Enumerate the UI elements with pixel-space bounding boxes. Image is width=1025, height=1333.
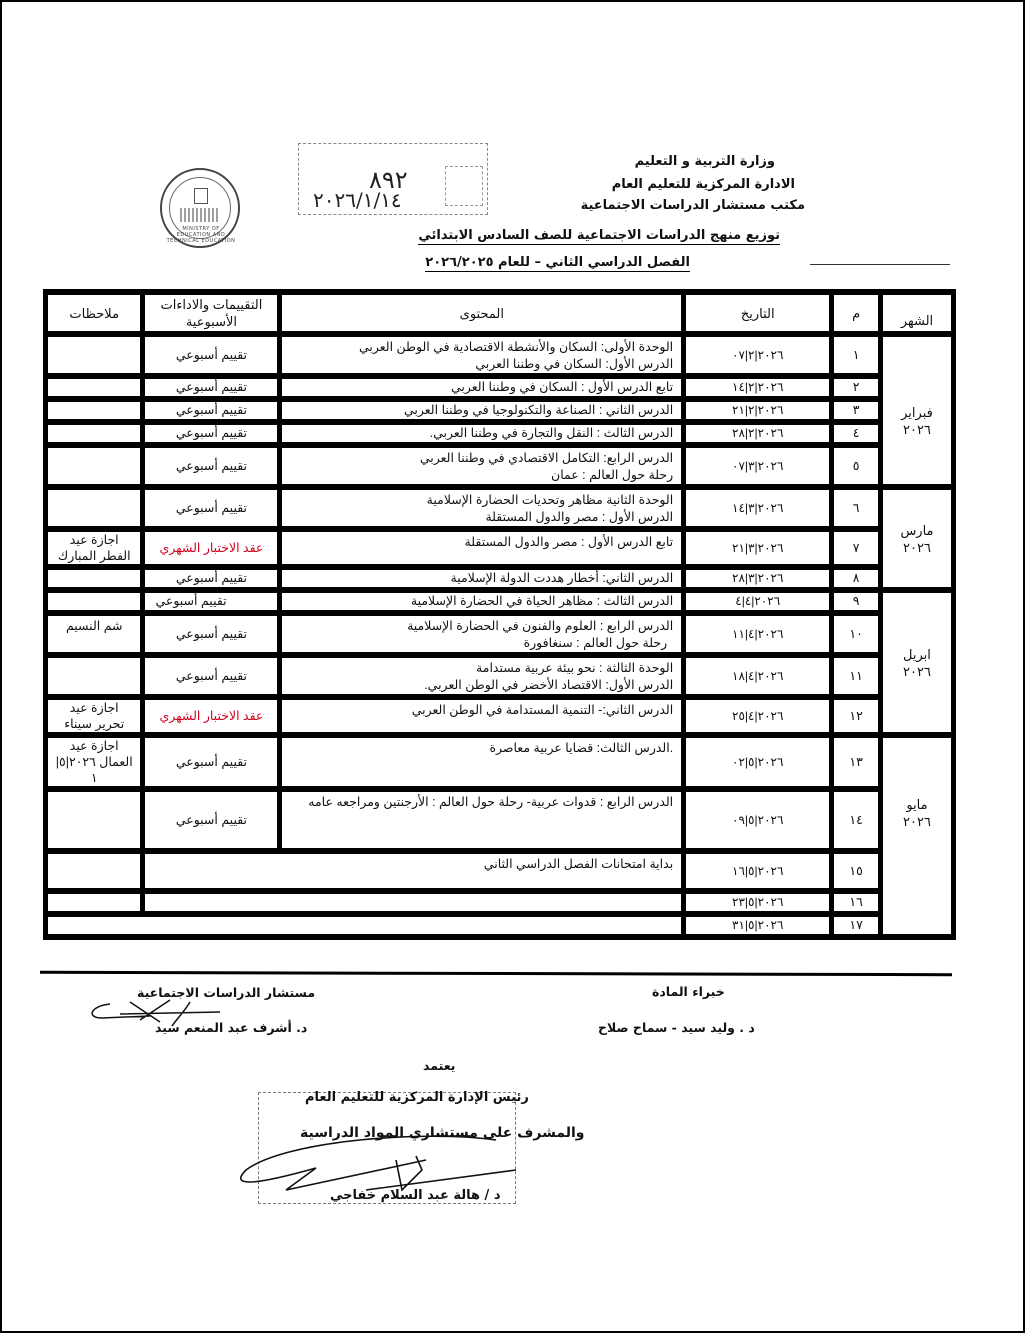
row-date: ٢٠٢٦|٢|٢١: [684, 399, 832, 422]
row-content: .الدرس الثالث: قضايا عربية معاصرة: [280, 735, 684, 789]
ministry-name: وزارة التربية و التعليم: [635, 154, 775, 169]
row-notes: [46, 445, 143, 487]
ministry-seal-logo: MINISTRY OF EDUCATION AND TECHNICAL EDUC…: [160, 168, 240, 248]
received-stamp: ​ ٨٩٢ ٢٠٢٦/١/١٤: [298, 143, 488, 215]
row-num: ١٣: [832, 735, 881, 789]
header-notes: ملاحظات: [46, 292, 143, 334]
row-num: ١٢: [832, 697, 881, 735]
row-date: ٢٠٢٦|٥|٠٢: [684, 735, 832, 789]
row-num: ١٤: [832, 789, 881, 851]
month-label: مايو: [889, 796, 945, 813]
row-notes: اجازة عيد تحرير سيناء: [46, 697, 143, 735]
row-num: ٨: [832, 567, 881, 590]
row-content: الدرس الثاني : الصناعة والتكنولوجيا في و…: [280, 399, 684, 422]
row-notes: اجازة عيد العمال ٢٠٢٦|٥|١: [46, 735, 143, 789]
content-line: رحلة حول العالم : عمان: [288, 467, 673, 484]
row-assessment: تقييم أسبوعي: [143, 487, 280, 529]
row-num: ١٦: [832, 891, 881, 914]
document-subtitle: الفصل الدراسي الثاني – للعام ٢٠٢٦/٢٠٢٥: [425, 255, 690, 272]
table-row: ٤ ٢٠٢٦|٢|٢٨ الدرس الثالث : النقل والتجار…: [46, 422, 954, 445]
row-assessment-monthly-exam: عقد الاختبار الشهري: [143, 529, 280, 567]
row-content: [143, 891, 684, 914]
seal-ring-text: MINISTRY OF EDUCATION AND TECHNICAL EDUC…: [166, 226, 236, 244]
row-date: ٢٠٢٦|٥|٠٩: [684, 789, 832, 851]
row-assessment: تقييم أسبوعي: [143, 613, 280, 655]
row-num: ٦: [832, 487, 881, 529]
row-content: الدرس الثاني: أخطار هددت الدولة الإسلامي…: [280, 567, 684, 590]
table-row: ٢ ٢٠٢٦|٢|١٤ تابع الدرس الأول : السكان في…: [46, 376, 954, 399]
row-assessment: تقييم أسبوعي: [143, 590, 280, 613]
row-num: ٢: [832, 376, 881, 399]
row-date: ٢٠٢٦|٣|٢٨: [684, 567, 832, 590]
content-line: الوحدة الثالثة : نحو بيئة عربية مستدامة: [288, 660, 673, 677]
content-line: الدرس الرابع: التكامل الاقتصادي في وطننا…: [288, 450, 673, 467]
row-content: الدرس الثالث : النقل والتجارة في وطننا ا…: [280, 422, 684, 445]
approver-name: د / هالة عبد السلام خفاجي: [330, 1188, 501, 1203]
row-content: الدرس الثاني:- التنمية المستدامة في الوط…: [280, 697, 684, 735]
row-date: ٢٠٢٦|٢|٢٨: [684, 422, 832, 445]
table-row: فبراير ٢٠٢٦ ١ ٢٠٢٦|٢|٠٧ الوحدة الأولى: ا…: [46, 334, 954, 376]
row-assessment: تقييم أسبوعي: [143, 445, 280, 487]
row-num: ٩: [832, 590, 881, 613]
row-date: ٢٠٢٦|٢|٠٧: [684, 334, 832, 376]
table-row: ١٥ ٢٠٢٦|٥|١٦ بداية امتحانات الفصل الدراس…: [46, 851, 954, 891]
header-assessment: التقييمات والاداءات الأسبوعية: [143, 292, 280, 334]
row-content: بداية امتحانات الفصل الدراسي الثاني: [143, 851, 684, 891]
row-assessment: تقييم أسبوعي: [143, 399, 280, 422]
row-notes: [46, 891, 143, 914]
row-num: ١٥: [832, 851, 881, 891]
table-row: ١٦ ٢٠٢٦|٥|٢٣: [46, 891, 954, 914]
table-row: ٨ ٢٠٢٦|٣|٢٨ الدرس الثاني: أخطار هددت الد…: [46, 567, 954, 590]
decorative-rule: [810, 264, 950, 265]
directorate-name: الادارة المركزية للتعليم العام: [612, 177, 795, 192]
row-content: الوحدة الثانية مظاهر وتحديات الحضارة الإ…: [280, 487, 684, 529]
header-date: التاريخ: [684, 292, 832, 334]
row-notes: [46, 334, 143, 376]
row-date: ٢٠٢٦|٣|٠٧: [684, 445, 832, 487]
table-row: ١٢ ٢٠٢٦|٤|٢٥ الدرس الثاني:- التنمية المس…: [46, 697, 954, 735]
row-content: الدرس الرابع : العلوم والفنون في الحضارة…: [280, 613, 684, 655]
eagle-emblem-icon: [194, 188, 208, 204]
month-label: ابريل: [889, 646, 945, 663]
row-date: ٢٠٢٦|٤|٢٥: [684, 697, 832, 735]
table-row: ٥ ٢٠٢٦|٣|٠٧ الدرس الرابع: التكامل الاقتص…: [46, 445, 954, 487]
table-row: ١٤ ٢٠٢٦|٥|٠٩ الدرس الرابع : قدوات عربية-…: [46, 789, 954, 851]
row-assessment: تقييم أسبوعي: [143, 655, 280, 697]
document-header: وزارة التربية و التعليم الادارة المركزية…: [560, 152, 795, 222]
row-assessment: تقييم أسبوعي: [143, 334, 280, 376]
row-content: تابع الدرس الأول : مصر والدول المستقلة: [280, 529, 684, 567]
row-notes: [46, 567, 143, 590]
month-year: ٢٠٢٦: [889, 421, 945, 438]
header-month: الشهر: [880, 292, 953, 334]
row-num: ٥: [832, 445, 881, 487]
row-date: ٢٠٢٦|٤|١٨: [684, 655, 832, 697]
row-date: ٢٠٢٦|٥|٢٣: [684, 891, 832, 914]
advisor-name: د. أشرف عبد المنعم سيد: [155, 1020, 307, 1035]
content-line: الوحدة الثانية مظاهر وتحديات الحضارة الإ…: [288, 492, 673, 509]
month-label: فبراير: [889, 404, 945, 421]
row-content: الدرس الرابع : قدوات عربية- رحلة حول الع…: [280, 789, 684, 851]
row-date: ٢٠٢٦|٤|٤: [684, 590, 832, 613]
month-label: مارس: [889, 522, 945, 539]
row-assessment: تقييم أسبوعي: [143, 735, 280, 789]
month-cell-may: مايو ٢٠٢٦: [880, 735, 953, 937]
table-row: ٧ ٢٠٢٦|٣|٢١ تابع الدرس الأول : مصر والدو…: [46, 529, 954, 567]
table-row: ١١ ٢٠٢٦|٤|١٨ الوحدة الثالثة : نحو بيئة ع…: [46, 655, 954, 697]
table-row: ٣ ٢٠٢٦|٢|٢١ الدرس الثاني : الصناعة والتك…: [46, 399, 954, 422]
experts-names: د . وليد سيد - سماح صلاح: [598, 1020, 755, 1035]
row-content: [46, 914, 684, 937]
content-line: الدرس الأول : مصر والدول المستقلة: [288, 509, 673, 526]
row-notes: [46, 655, 143, 697]
content-line: رحلة حول العالم : سنغافورة: [288, 635, 673, 652]
stamp-date: ٢٠٢٦/١/١٤: [313, 188, 402, 212]
approve-label: يعتمد: [423, 1058, 455, 1073]
content-line: الدرس الرابع : العلوم والفنون في الحضارة…: [288, 618, 673, 635]
row-date: ٢٠٢٦|٥|١٦: [684, 851, 832, 891]
table-row: مارس ٢٠٢٦ ٦ ٢٠٢٦|٣|١٤ الوحدة الثانية مظا…: [46, 487, 954, 529]
document-title-block: توزيع منهج الدراسات الاجتماعية للصف السا…: [340, 224, 780, 272]
row-notes: [46, 376, 143, 399]
table-row: مايو ٢٠٢٦ ١٣ ٢٠٢٦|٥|٠٢ .الدرس الثالث: قض…: [46, 735, 954, 789]
stamp-box: [445, 166, 483, 206]
row-notes: [46, 487, 143, 529]
row-date: ٢٠٢٦|٣|١٤: [684, 487, 832, 529]
row-notes: [46, 851, 143, 891]
row-notes: اجازة عيد الفطر المبارك: [46, 529, 143, 567]
row-num: ١١: [832, 655, 881, 697]
row-date: ٢٠٢٦|٥|٣١: [684, 914, 832, 937]
row-assessment: تقييم أسبوعي: [143, 567, 280, 590]
row-num: ٣: [832, 399, 881, 422]
content-line: الدرس الأول: السكان في وطننا العربي: [288, 356, 673, 373]
row-notes: [46, 422, 143, 445]
experts-title: خبراء المادة: [652, 984, 725, 999]
row-num: ١: [832, 334, 881, 376]
row-num: ١٧: [832, 914, 881, 937]
seal-arabic-text: [180, 208, 220, 222]
row-notes: [46, 590, 143, 613]
month-year: ٢٠٢٦: [889, 539, 945, 556]
row-content: الوحدة الثالثة : نحو بيئة عربية مستدامة …: [280, 655, 684, 697]
row-notes: [46, 789, 143, 851]
month-year: ٢٠٢٦: [889, 813, 945, 830]
table-row: ١٠ ٢٠٢٦|٤|١١ الدرس الرابع : العلوم والفن…: [46, 613, 954, 655]
table-header-row: الشهر م التاريخ المحتوى التقييمات والادا…: [46, 292, 954, 334]
row-content: الدرس الثالث : مظاهر الحياة في الحضارة ا…: [280, 590, 684, 613]
approver-title-1: رئيس الإدارة المركزية للتعليم العام: [305, 1090, 529, 1105]
table-row: ابريل ٢٠٢٦ ٩ ٢٠٢٦|٤|٤ الدرس الثالث : مظا…: [46, 590, 954, 613]
month-year: ٢٠٢٦: [889, 663, 945, 680]
content-line: الدرس الأول: الاقتصاد الأخضر في الوطن ال…: [288, 677, 673, 694]
table-row: ١٧ ٢٠٢٦|٥|٣١: [46, 914, 954, 937]
row-assessment: تقييم أسبوعي: [143, 422, 280, 445]
row-date: ٢٠٢٦|٣|٢١: [684, 529, 832, 567]
header-num: م: [832, 292, 881, 334]
document-title: توزيع منهج الدراسات الاجتماعية للصف السا…: [418, 228, 780, 245]
month-cell-mar: مارس ٢٠٢٦: [880, 487, 953, 590]
month-cell-feb: فبراير ٢٠٢٦: [880, 334, 953, 487]
content-line: الوحدة الأولى: السكان والأنشطة الاقتصادي…: [288, 339, 673, 356]
row-assessment-monthly-exam: عقد الاختبار الشهري: [143, 697, 280, 735]
row-num: ١٠: [832, 613, 881, 655]
row-notes: [46, 399, 143, 422]
row-content: تابع الدرس الأول : السكان في وطننا العرب…: [280, 376, 684, 399]
row-date: ٢٠٢٦|٤|١١: [684, 613, 832, 655]
month-cell-apr: ابريل ٢٠٢٦: [880, 590, 953, 735]
row-notes: شم النسيم: [46, 613, 143, 655]
row-assessment: تقييم أسبوعي: [143, 376, 280, 399]
row-content: الوحدة الأولى: السكان والأنشطة الاقتصادي…: [280, 334, 684, 376]
row-assessment: تقييم أسبوعي: [143, 789, 280, 851]
row-num: ٤: [832, 422, 881, 445]
curriculum-schedule-table: الشهر م التاريخ المحتوى التقييمات والادا…: [43, 289, 956, 940]
row-content: الدرس الرابع: التكامل الاقتصادي في وطننا…: [280, 445, 684, 487]
office-name: مكتب مستشار الدراسات الاجتماعية: [581, 198, 805, 213]
row-date: ٢٠٢٦|٢|١٤: [684, 376, 832, 399]
row-num: ٧: [832, 529, 881, 567]
header-content: المحتوى: [280, 292, 684, 334]
